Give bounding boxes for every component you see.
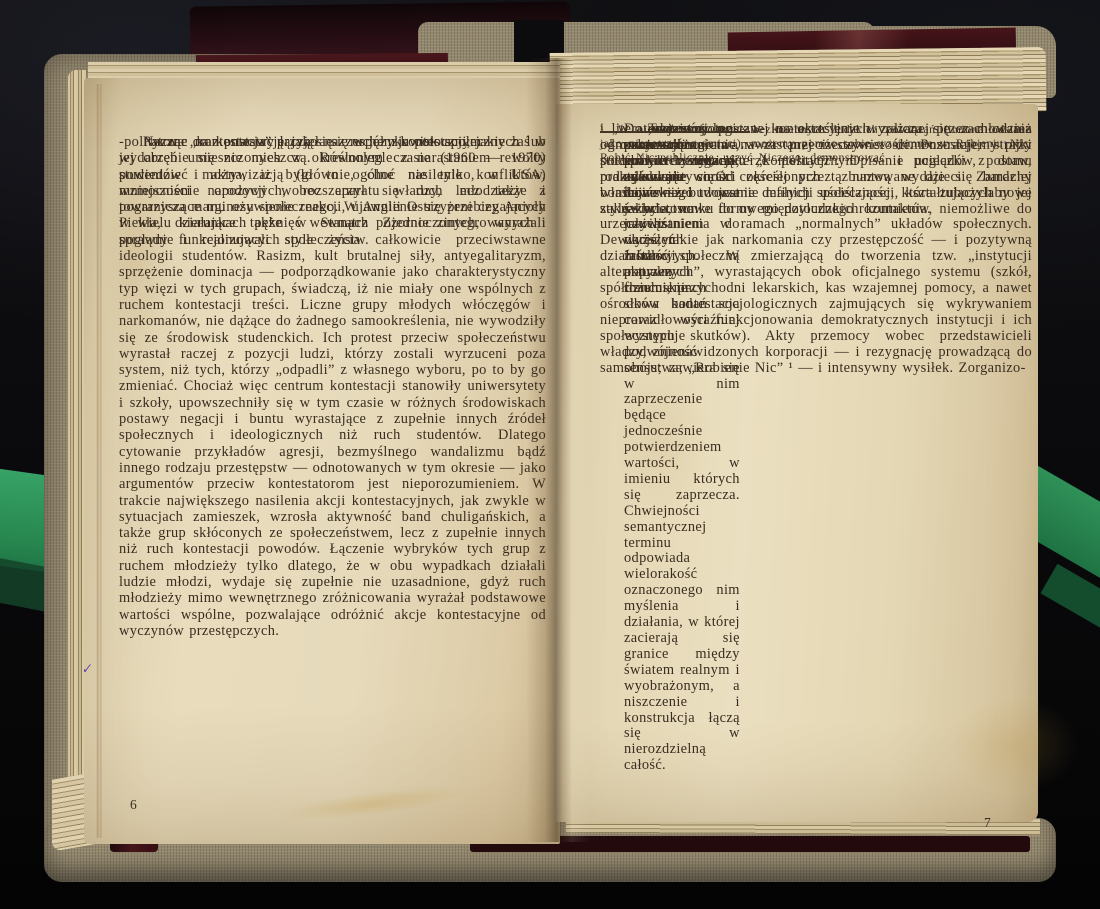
paragraph: Nazwa „kontestacja” przyjęła się w język… [119,134,482,150]
margin-checkmark: ✓ [80,660,93,677]
left-page-crease [96,84,104,838]
paragraph: Patrząc na kontestację jako na zespół zj… [119,134,546,248]
footnote: ¹ „W niewidzialnej siatce bezimiennych l… [600,122,1032,165]
page-number-left: 6 [130,797,137,813]
open-book-photograph: -polityczne oraz postawy łączą się z ruc… [0,0,1100,909]
page-number-right: 7 [984,815,991,831]
margin-tick: ’ [1003,139,1007,151]
